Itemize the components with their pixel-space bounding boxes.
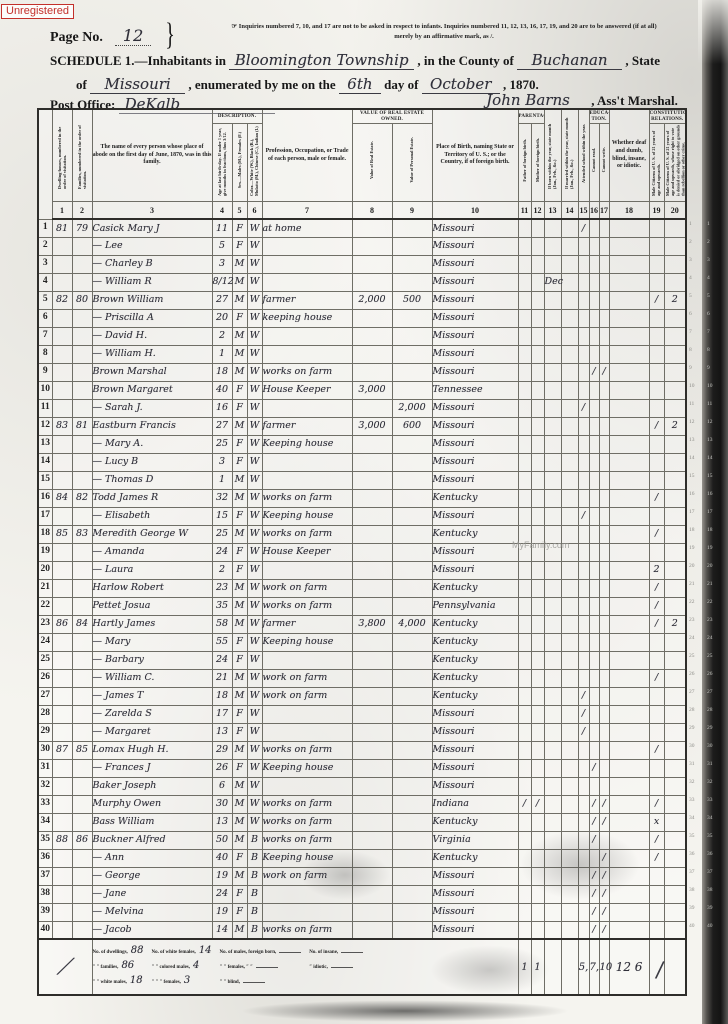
mark-cell-col16: /: [589, 867, 599, 885]
mark-cell-col15: [578, 273, 589, 291]
mark-cell-col18: [609, 867, 649, 885]
mark-cell-col19: [649, 651, 664, 669]
mark-cell-col11: [518, 759, 531, 777]
color-cell: W: [247, 291, 262, 309]
census-row: 36— Ann40FBKeeping houseKentucky//: [38, 849, 686, 867]
dwelling-no-cell: [52, 273, 72, 291]
family-no-cell: 79: [72, 219, 92, 237]
group-header-parentage: Parentage.: [518, 109, 544, 124]
occupation-cell: [262, 345, 352, 363]
census-row: 19— Amanda24FWHouse KeeperMissouri: [38, 543, 686, 561]
mark-cell-col19: [649, 777, 664, 795]
mark-cell-col11: [518, 597, 531, 615]
header-c15-text: Attended school within the year.: [581, 124, 586, 183]
group-header-education: Educa- tion.: [589, 109, 609, 124]
family-no-cell: [72, 327, 92, 345]
age-cell: 24: [212, 543, 232, 561]
mark-cell-col16: [589, 507, 599, 525]
mark-cell-col15: [578, 489, 589, 507]
mark-cell-col14: [561, 759, 578, 777]
age-cell: 55: [212, 633, 232, 651]
mark-cell-col19: [649, 453, 664, 471]
occupation-cell: Keeping house: [262, 435, 352, 453]
line-number: 21: [38, 579, 52, 597]
personal-estate-cell: [392, 651, 432, 669]
footer-value: 4: [193, 960, 199, 971]
census-row: 4— William R8/12MWMissouriDec: [38, 273, 686, 291]
right-margin-line-number: 13: [689, 437, 695, 443]
right-margin-line-number: 24: [689, 635, 695, 641]
age-cell: 16: [212, 399, 232, 417]
occupation-cell: Keeping house: [262, 507, 352, 525]
census-row: 2— Lee5FWMissouri: [38, 237, 686, 255]
dwelling-no-cell: [52, 399, 72, 417]
name-cell: — James T: [92, 687, 212, 705]
mark-cell-col20: [664, 831, 686, 849]
family-no-cell: 83: [72, 525, 92, 543]
mark-cell-col16: [589, 273, 599, 291]
family-no-cell: 85: [72, 741, 92, 759]
mark-cell-col13: [544, 921, 561, 939]
footer-total-col17: 10: [599, 939, 609, 995]
mark-cell-col20: [664, 579, 686, 597]
occupation-cell: works on farm: [262, 525, 352, 543]
mark-cell-col16: [589, 687, 599, 705]
mark-cell-col16: [589, 435, 599, 453]
mark-cell-col12: [531, 903, 544, 921]
mark-cell-col16: /: [589, 903, 599, 921]
group-header-constitutional: Constitutional Relations.: [649, 109, 686, 124]
sex-cell: F: [232, 399, 247, 417]
mark-cell-col19: [649, 273, 664, 291]
mark-cell-col19: /: [649, 291, 664, 309]
header-c20-text: Male Citizens of U. S. of 21 years of ag…: [665, 124, 686, 196]
birthplace-cell: Kentucky: [432, 813, 518, 831]
mark-cell-col11: [518, 327, 531, 345]
personal-estate-cell: [392, 903, 432, 921]
occupation-cell: [262, 777, 352, 795]
family-no-cell: [72, 273, 92, 291]
birthplace-cell: Missouri: [432, 921, 518, 939]
sex-cell: M: [232, 867, 247, 885]
real-estate-cell: [352, 651, 392, 669]
color-cell: W: [247, 489, 262, 507]
family-no-cell: [72, 309, 92, 327]
mark-cell-col20: [664, 219, 686, 237]
footer-blank: [243, 975, 265, 983]
mark-cell-col17: [599, 525, 609, 543]
mark-cell-col12: [531, 327, 544, 345]
column-number: 12: [531, 202, 544, 220]
right-margin-line-number: 40: [689, 923, 695, 929]
right-margin-line-number: 11: [689, 401, 694, 407]
name-cell: — Margaret: [92, 723, 212, 741]
binding-line-number: 20: [707, 563, 713, 569]
right-margin-line-number: 1: [689, 221, 692, 227]
footer-line: No. of white females,14: [152, 940, 212, 955]
binding-line-number: 25: [707, 653, 713, 659]
family-no-cell: [72, 651, 92, 669]
personal-estate-cell: [392, 363, 432, 381]
mark-cell-col19: /: [649, 741, 664, 759]
dwelling-no-cell: [52, 363, 72, 381]
real-estate-cell: [352, 453, 392, 471]
mark-cell-col12: [531, 777, 544, 795]
right-margin-line-number: 36: [689, 851, 695, 857]
line-number: 22: [38, 597, 52, 615]
binding-line-number: 22: [707, 599, 713, 605]
mark-cell-col19: [649, 543, 664, 561]
mark-cell-col13: Dec: [544, 273, 561, 291]
mark-cell-col16: /: [589, 813, 599, 831]
family-no-cell: [72, 903, 92, 921]
mark-cell-col19: [649, 507, 664, 525]
real-estate-cell: 3,800: [352, 615, 392, 633]
mark-cell-col18: [609, 615, 649, 633]
footer-line: ″ ″ families,86: [93, 955, 144, 970]
mark-cell-col20: [664, 633, 686, 651]
real-estate-cell: [352, 507, 392, 525]
mark-cell-col19: [649, 471, 664, 489]
census-row: 39— Melvina19FBMissouri//: [38, 903, 686, 921]
real-estate-cell: [352, 345, 392, 363]
right-margin-line-number: 31: [689, 761, 695, 767]
footer-total-col15: 5,: [578, 939, 589, 995]
mark-cell-col20: [664, 669, 686, 687]
dwelling-no-cell: [52, 561, 72, 579]
real-estate-cell: [352, 237, 392, 255]
mark-cell-col15: [578, 381, 589, 399]
mark-cell-col14: [561, 345, 578, 363]
name-cell: Hartly James: [92, 615, 212, 633]
mark-cell-col15: [578, 543, 589, 561]
age-cell: 15: [212, 507, 232, 525]
mark-cell-col13: [544, 309, 561, 327]
personal-estate-cell: [392, 705, 432, 723]
dwelling-no-cell: 82: [52, 291, 72, 309]
mark-cell-col13: [544, 561, 561, 579]
mark-cell-col16: [589, 777, 599, 795]
mark-cell-col11: [518, 615, 531, 633]
page-no-value: 12: [115, 26, 151, 46]
right-margin-line-number: 28: [689, 707, 695, 713]
mark-cell-col18: [609, 633, 649, 651]
age-cell: 3: [212, 255, 232, 273]
mark-cell-col11: [518, 741, 531, 759]
family-no-cell: [72, 435, 92, 453]
color-cell: W: [247, 345, 262, 363]
mark-cell-col19: /: [649, 615, 664, 633]
real-estate-cell: [352, 489, 392, 507]
sex-cell: M: [232, 489, 247, 507]
mark-cell-col12: [531, 273, 544, 291]
real-estate-cell: [352, 885, 392, 903]
binding-line-number: 16: [707, 491, 713, 497]
personal-estate-cell: [392, 543, 432, 561]
line-number: 19: [38, 543, 52, 561]
right-margin-line-number: 14: [689, 455, 695, 461]
age-cell: 17: [212, 705, 232, 723]
mark-cell-col20: 2: [664, 291, 686, 309]
book-binding-edge-top: [698, 0, 728, 64]
mark-cell-col14: [561, 921, 578, 939]
check-mark: ∕: [60, 950, 71, 984]
mark-cell-col12: [531, 237, 544, 255]
mark-cell-col11: [518, 651, 531, 669]
real-estate-cell: [352, 471, 392, 489]
color-cell: B: [247, 921, 262, 939]
group-header-description: Description.: [212, 109, 262, 124]
mark-cell-col18: [609, 363, 649, 381]
mark-cell-col20: [664, 705, 686, 723]
mark-cell-col14: [561, 561, 578, 579]
mark-cell-col17: [599, 579, 609, 597]
mark-cell-col16: /: [589, 759, 599, 777]
right-margin-line-number: 21: [689, 581, 695, 587]
sex-cell: F: [232, 705, 247, 723]
mark-cell-col12: [531, 579, 544, 597]
dwelling-no-cell: 85: [52, 525, 72, 543]
age-cell: 20: [212, 309, 232, 327]
page-number-line: Page No. 12 }: [50, 24, 175, 47]
mark-cell-col16: [589, 741, 599, 759]
mark-cell-col15: [578, 867, 589, 885]
mark-cell-col12: [531, 687, 544, 705]
mark-cell-col14: [561, 669, 578, 687]
mark-cell-col11: [518, 381, 531, 399]
mark-cell-col13: [544, 237, 561, 255]
personal-estate-cell: [392, 237, 432, 255]
footer-label: ″ ″ ″ females,: [152, 980, 181, 985]
personal-estate-cell: [392, 381, 432, 399]
mark-cell-col15: [578, 903, 589, 921]
name-cell: Brown Marshal: [92, 363, 212, 381]
age-cell: 2: [212, 327, 232, 345]
mark-cell-col18: [609, 921, 649, 939]
binding-line-number: 27: [707, 689, 713, 695]
binding-line-number: 19: [707, 545, 713, 551]
binding-line-number: 28: [707, 707, 713, 713]
mark-cell-col15: /: [578, 687, 589, 705]
mark-cell-col20: [664, 651, 686, 669]
occupation-cell: works on farm: [262, 363, 352, 381]
mark-cell-col13: [544, 831, 561, 849]
footer-check-cell: ∕: [38, 939, 92, 995]
mark-cell-col17: [599, 435, 609, 453]
occupation-cell: [262, 885, 352, 903]
binding-line-number: 21: [707, 581, 713, 587]
footer-group-4: No. of insane,″ idiotic,: [309, 940, 363, 970]
real-estate-cell: [352, 705, 392, 723]
personal-estate-cell: [392, 525, 432, 543]
name-cell: Meredith George W: [92, 525, 212, 543]
line-number: 17: [38, 507, 52, 525]
birthplace-cell: Kentucky: [432, 489, 518, 507]
mark-cell-col15: [578, 291, 589, 309]
mark-cell-col19: [649, 219, 664, 237]
schedule-line-2: of Missouri , enumerated by me on the 6t…: [76, 76, 539, 94]
line-number: 5: [38, 291, 52, 309]
binding-line-number: 12: [707, 419, 713, 425]
mark-cell-col20: [664, 561, 686, 579]
right-margin-line-number: 4: [689, 275, 692, 281]
personal-estate-cell: [392, 849, 432, 867]
birthplace-cell: Missouri: [432, 741, 518, 759]
sex-cell: M: [232, 291, 247, 309]
name-cell: Pettet Josua: [92, 597, 212, 615]
mark-cell-col18: [609, 435, 649, 453]
mark-cell-col15: [578, 561, 589, 579]
mark-cell-col17: [599, 453, 609, 471]
notice-line-1: ☞ Inquiries numbered 7, 10, and 17 are n…: [185, 22, 703, 32]
mark-cell-col17: /: [599, 849, 609, 867]
age-cell: 26: [212, 759, 232, 777]
right-margin-line-number: 10: [689, 383, 695, 389]
mark-cell-col11: [518, 579, 531, 597]
binding-line-number: 40: [707, 923, 713, 929]
mark-cell-col12: [531, 507, 544, 525]
age-cell: 40: [212, 849, 232, 867]
mark-cell-col17: [599, 345, 609, 363]
mark-cell-col13: [544, 363, 561, 381]
name-cell: — Jane: [92, 885, 212, 903]
dwelling-no-cell: 86: [52, 615, 72, 633]
column-number: 1: [52, 202, 72, 220]
color-cell: W: [247, 669, 262, 687]
color-cell: W: [247, 381, 262, 399]
mark-cell-col12: [531, 399, 544, 417]
mark-cell-col12: [531, 219, 544, 237]
dwelling-no-cell: [52, 597, 72, 615]
mark-cell-col13: [544, 219, 561, 237]
name-cell: — Elisabeth: [92, 507, 212, 525]
header-c5: Sex.—Males (M.), Females (F.): [232, 124, 247, 202]
line-number: 14: [38, 453, 52, 471]
personal-estate-cell: [392, 921, 432, 939]
color-cell: W: [247, 327, 262, 345]
mark-cell-col11: [518, 723, 531, 741]
dwelling-no-cell: 81: [52, 219, 72, 237]
name-cell: — William R: [92, 273, 212, 291]
footer-total-col16: 7,: [589, 939, 599, 995]
mark-cell-col13: [544, 435, 561, 453]
age-cell: 27: [212, 417, 232, 435]
color-cell: W: [247, 309, 262, 327]
name-cell: — Melvina: [92, 903, 212, 921]
birthplace-cell: Kentucky: [432, 579, 518, 597]
real-estate-cell: [352, 687, 392, 705]
footer-line: No. of insane,: [309, 940, 363, 955]
occupation-cell: works on farm: [262, 813, 352, 831]
family-no-cell: [72, 921, 92, 939]
mark-cell-col11: [518, 219, 531, 237]
line-number: 38: [38, 885, 52, 903]
binding-line-number: 34: [707, 815, 713, 821]
mark-cell-col18: [609, 309, 649, 327]
sex-cell: F: [232, 561, 247, 579]
footer-label: ″ ″ blind,: [220, 980, 240, 985]
real-estate-cell: [352, 795, 392, 813]
header-c12: Mother of foreign birth.: [531, 124, 544, 202]
header-c11: Father of foreign birth.: [518, 124, 531, 202]
mark-cell-col12: [531, 867, 544, 885]
mark-cell-col12: [531, 615, 544, 633]
census-row: 14— Lucy B3FWMissouri: [38, 453, 686, 471]
mark-cell-col16: [589, 543, 599, 561]
right-margin-line-number: 5: [689, 293, 692, 299]
occupation-cell: House Keeper: [262, 381, 352, 399]
header-c15: Attended school within the year.: [578, 109, 589, 202]
footer-line: No. of dwellings,88: [93, 940, 144, 955]
mark-cell-col16: /: [589, 885, 599, 903]
personal-estate-cell: [392, 255, 432, 273]
real-estate-cell: [352, 543, 392, 561]
mark-cell-col20: [664, 453, 686, 471]
mark-cell-col15: /: [578, 219, 589, 237]
dwelling-no-cell: [52, 633, 72, 651]
mark-cell-col17: [599, 219, 609, 237]
occupation-cell: [262, 471, 352, 489]
mark-cell-col13: [544, 813, 561, 831]
census-row: 188583Meredith George W25MWworks on farm…: [38, 525, 686, 543]
family-no-cell: 80: [72, 291, 92, 309]
right-margin-line-number: 23: [689, 617, 695, 623]
census-row: 308785Lomax Hugh H.29MWworks on farmMiss…: [38, 741, 686, 759]
column-number: 16: [589, 202, 599, 220]
real-estate-cell: [352, 813, 392, 831]
mark-cell-col11: [518, 309, 531, 327]
binding-line-number: 10: [707, 383, 713, 389]
mark-cell-col13: [544, 399, 561, 417]
mark-cell-col14: [561, 417, 578, 435]
sex-cell: F: [232, 453, 247, 471]
family-no-cell: [72, 381, 92, 399]
age-cell: 2: [212, 561, 232, 579]
personal-estate-cell: [392, 669, 432, 687]
real-estate-cell: [352, 327, 392, 345]
mark-cell-col13: [544, 885, 561, 903]
birthplace-cell: Missouri: [432, 345, 518, 363]
year-label: , 1870.: [503, 77, 539, 92]
age-cell: 25: [212, 525, 232, 543]
mark-cell-col19: [649, 759, 664, 777]
right-margin-line-number: 35: [689, 833, 695, 839]
census-row: 7— David H.2MWMissouri: [38, 327, 686, 345]
mark-cell-col18: [609, 525, 649, 543]
mark-cell-col12: [531, 309, 544, 327]
dwelling-no-cell: [52, 903, 72, 921]
dwelling-no-cell: 88: [52, 831, 72, 849]
census-row: 29— Margaret13FWMissouri/: [38, 723, 686, 741]
occupation-cell: [262, 561, 352, 579]
myfamily-watermark: MyFamily.com: [512, 540, 569, 550]
personal-estate-cell: [392, 723, 432, 741]
sex-cell: M: [232, 615, 247, 633]
binding-line-number: 31: [707, 761, 713, 767]
mark-cell-col20: [664, 255, 686, 273]
mark-cell-col12: [531, 417, 544, 435]
age-cell: 13: [212, 723, 232, 741]
sex-cell: F: [232, 903, 247, 921]
mark-cell-col13: [544, 255, 561, 273]
header-c9-text: Value of Personal Estate.: [409, 137, 414, 183]
real-estate-cell: [352, 561, 392, 579]
age-cell: 8/12: [212, 273, 232, 291]
mark-cell-col11: [518, 633, 531, 651]
sex-cell: M: [232, 579, 247, 597]
binding-line-number: 38: [707, 887, 713, 893]
mark-cell-col12: [531, 435, 544, 453]
